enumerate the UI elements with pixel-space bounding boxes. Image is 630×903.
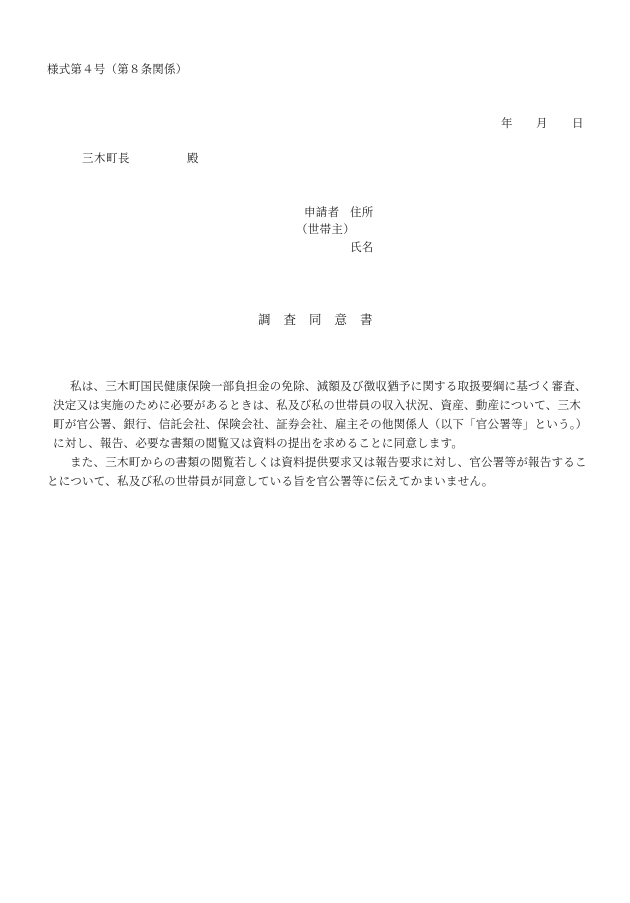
- address-label: 住所: [350, 207, 374, 219]
- paragraph-1-line-2: 決定又は実施のために必要があるときは、私及び私の世帯員の収入状況、資産、動産につ…: [53, 400, 581, 412]
- paragraph-1-line-4: に対し、報告、必要な書類の閲覧又は資料の提出を求めることに同意します。: [53, 438, 463, 450]
- addressee: 三木町長 殿: [82, 153, 202, 167]
- household-head-label: （世帯主）: [296, 224, 355, 236]
- paragraph-2-line-2: とについて、私及び私の世帯員が同意している旨を官公署等に伝えてかまいません。: [47, 476, 494, 488]
- addressee-honorific: 殿: [187, 153, 199, 165]
- paragraph-2-line-1: また、三木町からの書類の閲覧若しくは資料提供要求又は報告要求に対し、官公署等が報…: [70, 457, 587, 469]
- applicant-block: 申請者 住所 （世帯主） 氏名: [296, 207, 416, 267]
- date-year-label: 年: [501, 118, 513, 130]
- name-label: 氏名: [350, 242, 374, 254]
- paragraph-1-line-1: 私は、三木町国民健康保険一部負担金の免除、減額及び徴収猶予に関する取扱要綱に基づ…: [70, 381, 587, 393]
- paragraph-1-line-3: 町が官公署、銀行、信託会社、保険会社、証券会社、雇主その他関係人（以下「官公署等…: [53, 419, 587, 431]
- addressee-name: 三木町長: [82, 153, 130, 165]
- date-fields: 年 月 日: [500, 118, 584, 132]
- document-title: 調査同意書: [258, 314, 386, 327]
- date-month-label: 月: [536, 118, 548, 130]
- date-day-label: 日: [572, 118, 584, 130]
- applicant-label: 申請者: [304, 207, 339, 219]
- form-number: 様式第４号（第８条関係）: [47, 64, 187, 76]
